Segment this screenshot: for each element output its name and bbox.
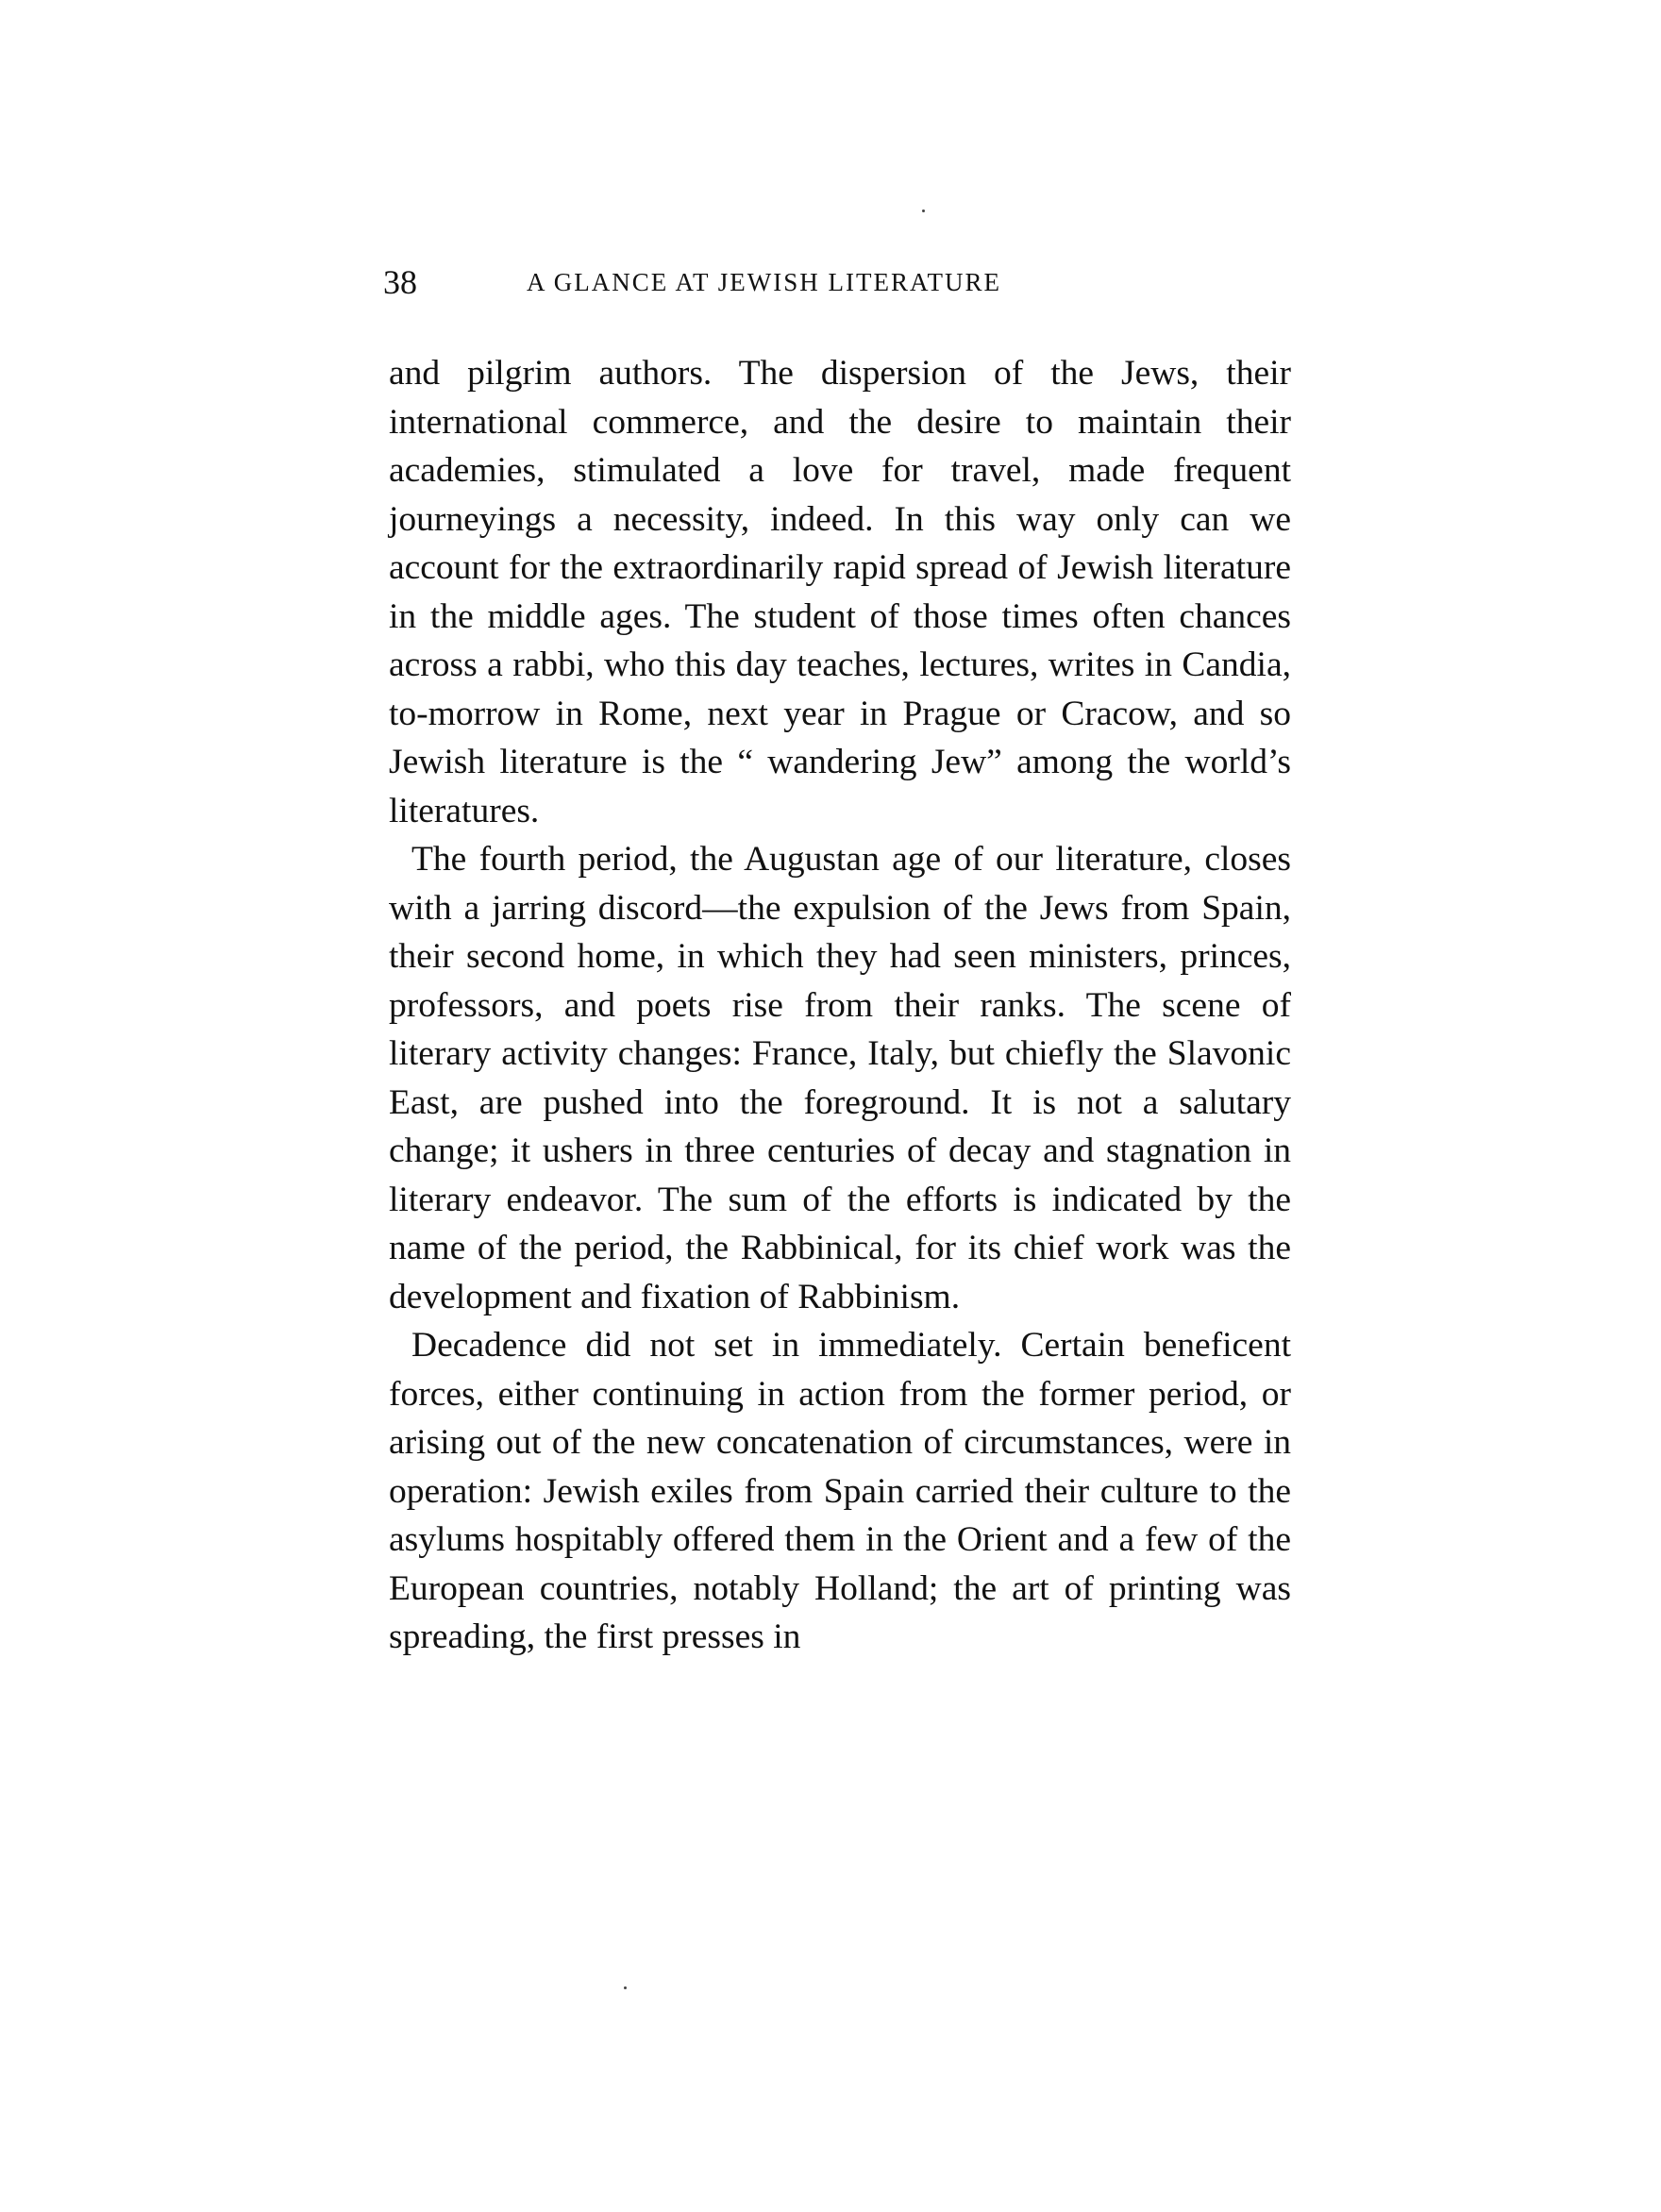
paragraph-1: and pilgrim authors. The dispersion of t… [389, 349, 1291, 835]
paragraph-2: The fourth period, the Augustan age of o… [389, 835, 1291, 1321]
running-head: 38 A GLANCE AT JEWISH LITERATURE [383, 262, 1289, 304]
body-text: and pilgrim authors. The dispersion of t… [389, 349, 1291, 1662]
paragraph-3: Decadence did not set in immediately. Ce… [389, 1321, 1291, 1662]
page-number: 38 [383, 262, 417, 302]
scan-speck [624, 1986, 627, 1989]
scan-speck [922, 209, 925, 212]
running-title: A GLANCE AT JEWISH LITERATURE [527, 268, 1001, 297]
